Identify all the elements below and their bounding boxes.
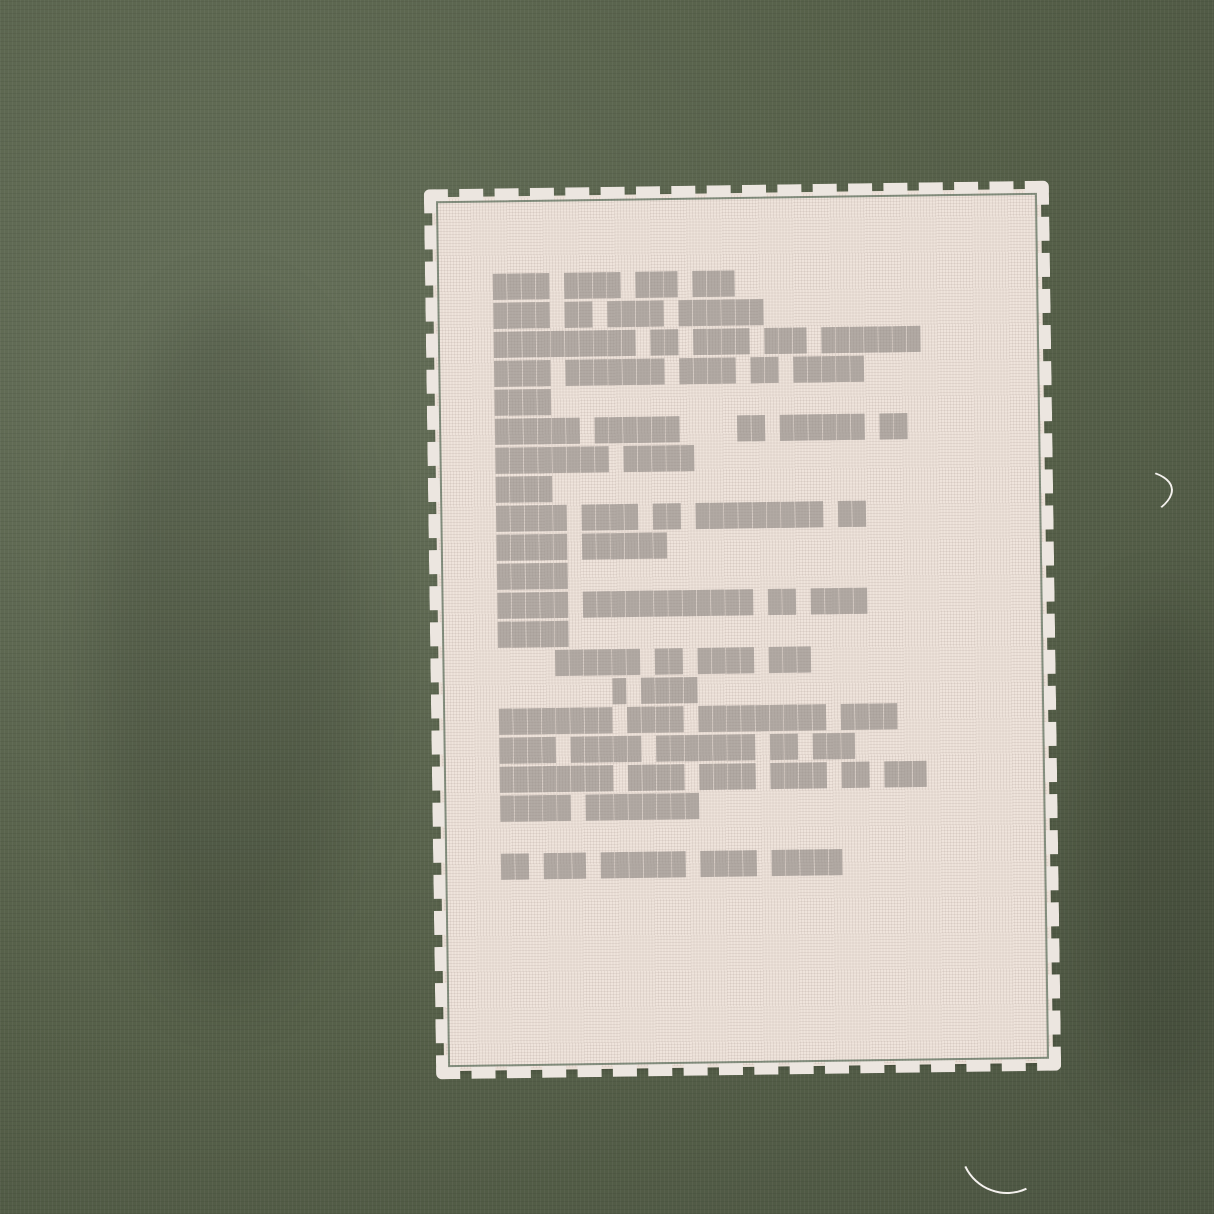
sewn-label-patch: ████ ████ ███ ███████ ██ ████ ██████████… [434, 191, 1051, 1069]
faded-label-text: ████ ████ ███ ███████ ██ ████ ██████████… [493, 267, 998, 883]
fabric-fold-shadow [100, 300, 360, 1000]
